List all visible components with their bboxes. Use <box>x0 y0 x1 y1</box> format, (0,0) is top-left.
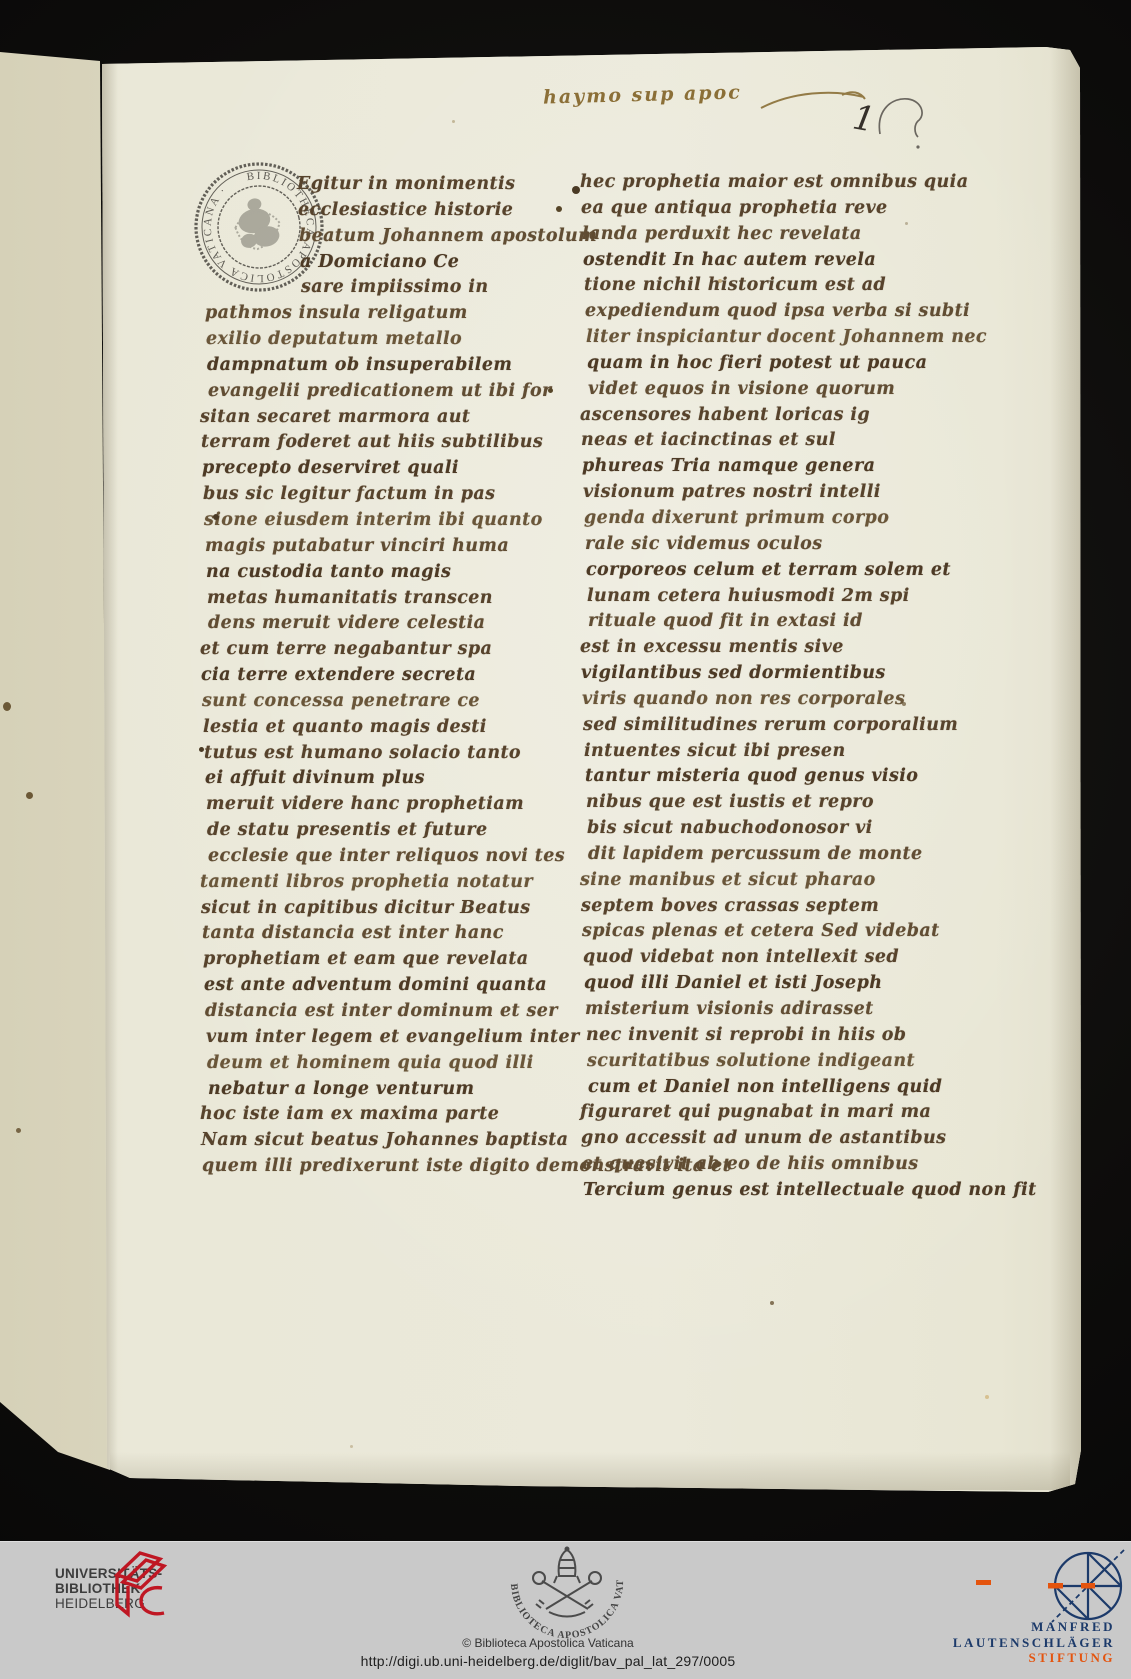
manuscript-line: nibus que est iustis et repro <box>586 790 920 816</box>
manuscript-line: tamenti libros prophetia notatur <box>200 870 539 896</box>
manuscript-line: terram foderet aut hiis subtilibus <box>201 430 539 456</box>
speck <box>452 120 455 123</box>
manuscript-line: Nam sicut beatus Johannes baptista <box>201 1128 539 1154</box>
manuscript-line: corporeos celum et terram solem et <box>586 558 920 584</box>
manuscript-line: sicut in capitibus dicitur Beatus <box>201 896 539 922</box>
manuscript-line: beatum Johannem apostolum <box>202 224 539 250</box>
manuscript-line: metas humanitatis transcen <box>207 586 539 612</box>
copyright-line: © Biblioteca Apostolica Vaticana <box>298 1636 798 1650</box>
header-inscription: haymo sup apoc <box>543 81 742 108</box>
mls-dash-icon <box>976 1580 991 1585</box>
manuscript-line: de statu presentis et future <box>207 818 539 844</box>
wormhole <box>26 792 33 799</box>
manuscript-line: est in excessu mentis sive <box>580 635 920 661</box>
manuscript-line: ei affuit divinum plus <box>205 766 539 792</box>
manuscript-line: dampnatum ob insuperabilem <box>207 353 539 379</box>
manuscript-line: ascensores habent loricas ig <box>580 403 920 429</box>
folio-number: 1 <box>853 102 875 136</box>
manuscript-line: exilio deputatum metallo <box>206 327 539 353</box>
manuscript-line: na custodia tanto magis <box>206 560 539 586</box>
page-edge-shadow <box>1050 45 1081 1493</box>
vatican-emblem-icon: BIBLIOTECA APOSTOLICA VATICANA <box>497 1546 637 1642</box>
wormhole <box>16 1128 21 1133</box>
manuscript-line: magis putabatur vinciri huma <box>205 534 539 560</box>
ink-dot <box>548 388 553 393</box>
screenshot-root: haymo sup apoc 1 BIBL <box>0 0 1131 1679</box>
manuscript-line: precepto deserviret quali <box>202 456 539 482</box>
manuscript-line: nebatur a longe venturum <box>208 1077 539 1103</box>
footer-center-text: © Biblioteca Apostolica Vaticana http://… <box>298 1636 798 1669</box>
manuscript-line: hoc iste iam ex maxima parte <box>200 1102 539 1128</box>
manuscript-line: cum et Daniel non intelligens quid <box>588 1075 920 1101</box>
manuscript-line: lunam cetera huiusmodi 2m spi <box>587 584 920 610</box>
manuscript-line: bis sicut nabuchodonosor vi <box>587 816 920 842</box>
manuscript-line: et quesivit ab eo de hiis omnibus <box>582 1152 920 1178</box>
ink-dot <box>199 747 204 752</box>
manuscript-line: quod illi Daniel et isti Joseph <box>584 971 920 997</box>
manuscript-line: prophetiam et eam que revelata <box>203 947 539 973</box>
manuscript-column-1: Egitur in monimentisecclesiastice histor… <box>204 172 539 1187</box>
ub-heidelberg-book-icon <box>112 1550 168 1620</box>
manuscript-line: est ante adventum domini quanta <box>204 973 539 999</box>
folio-squiggle-icon <box>874 92 938 162</box>
manuscript-line: sitan secaret marmora aut <box>200 405 539 431</box>
speck <box>350 1445 353 1448</box>
manuscript-line: tione nichil historicum est ad <box>584 273 920 299</box>
mls-line-1: MANFRED <box>953 1619 1115 1635</box>
ink-dot <box>902 702 906 706</box>
manuscript-line: spicas plenas et cetera Sed videbat <box>582 919 920 945</box>
ink-dot <box>213 514 219 520</box>
ink-dot <box>572 186 580 194</box>
manuscript-line: meruit videre hanc prophetiam <box>206 792 539 818</box>
manuscript-line: quam in hoc fieri potest ut pauca <box>587 351 920 377</box>
manuscript-line: ea que antiqua prophetia reve <box>581 196 920 222</box>
manuscript-line: neas et iacinctinas et sul <box>581 428 920 454</box>
manuscript-line: landa perduxit hec revelata <box>582 222 920 248</box>
manuscript-line: tutus est humano solacio tanto <box>204 741 539 767</box>
manuscript-line: sare impiissimo in <box>204 275 539 301</box>
manuscript-line: ostendit In hac autem revela <box>583 248 920 274</box>
manuscript-line: cia terre extendere secreta <box>201 663 539 689</box>
manuscript-line: quem illi predixerunt iste digito demons… <box>202 1154 539 1180</box>
mls-logo-icon <box>1048 1547 1128 1625</box>
source-url: http://digi.ub.uni-heidelberg.de/diglit/… <box>298 1653 798 1669</box>
manuscript-line: visionum patres nostri intelli <box>583 480 920 506</box>
manuscript-line: sione eiusdem interim ibi quanto <box>204 508 539 534</box>
manuscript-line: quod videbat non intellexit sed <box>583 945 920 971</box>
manuscript-line: videt equos in visione quorum <box>588 377 920 403</box>
manuscript-line: nec invenit si reprobi in hiis ob <box>586 1023 920 1049</box>
speck <box>985 1395 989 1399</box>
manuscript-line: gno accessit ad unum de astantibus <box>581 1126 920 1152</box>
manuscript-line: expediendum quod ipsa verba si subti <box>585 299 920 325</box>
manuscript-line: evangelii predicationem ut ibi for <box>208 379 539 405</box>
manuscript-line: sine manibus et sicut pharao <box>580 868 920 894</box>
manuscript-line: tantur misteria quod genus visio <box>585 764 920 790</box>
manuscript-line: et cum terre negabantur spa <box>200 637 539 663</box>
manuscript-line: deum et hominem quia quod illi <box>207 1051 539 1077</box>
manuscript-line: distancia est inter dominum et ser <box>205 999 539 1025</box>
footer-bar: UNIVERSITÄTS- BIBLIOTHEK HEIDELBERG <box>0 1541 1131 1679</box>
manuscript-line: ecclesie que inter reliquos novi tes <box>208 844 539 870</box>
mls-line-3: STIFTUNG <box>953 1650 1115 1666</box>
manuscript-line: rale sic videmus oculos <box>585 532 920 558</box>
manuscript-line: lestia et quanto magis desti <box>203 715 539 741</box>
ink-dot <box>770 1301 774 1305</box>
manuscript-line: vum inter legem et evangelium inter <box>206 1025 539 1051</box>
manuscript-line: Egitur in monimentis <box>200 172 539 198</box>
manuscript-line: liter inspiciantur docent Johannem nec <box>586 325 920 351</box>
manuscript-line: phureas Tria namque genera <box>582 454 920 480</box>
ink-dot <box>556 206 562 212</box>
manuscript-line: a Domiciano Ce <box>203 250 539 276</box>
manuscript-page: haymo sup apoc 1 BIBL <box>0 0 1131 1541</box>
manuscript-line: intuentes sicut ibi presen <box>584 739 920 765</box>
mls-line-2: LAUTENSCHLÄGER <box>953 1635 1115 1651</box>
manuscript-column-2: hec prophetia maior est omnibus quiaea q… <box>584 170 920 1210</box>
manuscript-line: ecclesiastice historie <box>201 198 539 224</box>
manuscript-line: sed similitudines rerum corporalium <box>583 713 920 739</box>
manuscript-line: dit lapidem percussum de monte <box>588 842 920 868</box>
manuscript-line: figuraret qui pugnabat in mari ma <box>580 1100 920 1126</box>
mls-wordmark: MANFRED LAUTENSCHLÄGER STIFTUNG <box>953 1619 1115 1666</box>
manuscript-line: scuritatibus solutione indigeant <box>587 1049 920 1075</box>
manuscript-line: rituale quod fit in extasi id <box>588 609 920 635</box>
manuscript-line: Tercium genus est intellectuale quod non… <box>583 1178 920 1204</box>
manuscript-line: sunt concessa penetrare ce <box>202 689 539 715</box>
manuscript-line: dens meruit videre celestia <box>208 611 539 637</box>
manuscript-line: pathmos insula religatum <box>205 301 539 327</box>
manuscript-line: misterium visionis adirasset <box>585 997 920 1023</box>
manuscript-line: tanta distancia est inter hanc <box>202 921 539 947</box>
manuscript-line: bus sic legitur factum in pas <box>203 482 539 508</box>
speck <box>718 279 722 283</box>
manuscript-line: vigilantibus sed dormientibus <box>581 661 920 687</box>
wormhole <box>3 702 11 711</box>
manuscript-line: septem boves crassas septem <box>581 894 920 920</box>
manuscript-line: genda dixerunt primum corpo <box>584 506 920 532</box>
photo-area: haymo sup apoc 1 BIBL <box>0 0 1131 1541</box>
page-bottom-shadow <box>110 1452 1070 1490</box>
manuscript-line: viris quando non res corporales <box>582 687 920 713</box>
manuscript-line: hec prophetia maior est omnibus quia <box>580 170 920 196</box>
speck <box>905 222 908 225</box>
